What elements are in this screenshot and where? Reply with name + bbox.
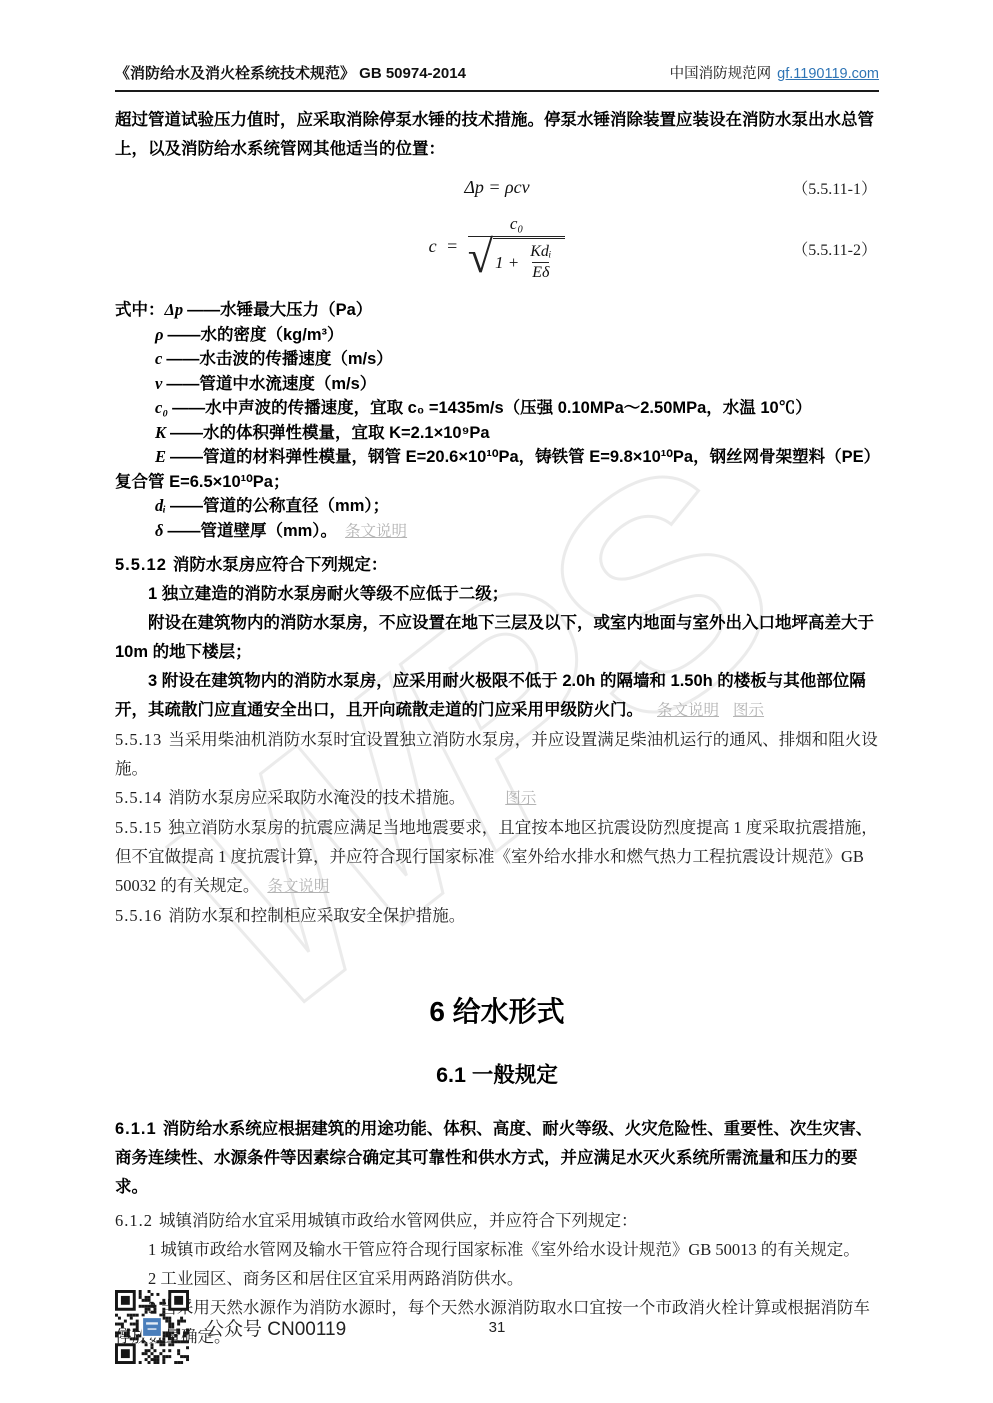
clause-5-5-13: 5.5.13当采用柴油机消防水泵时宜设置独立消防水泵房，并应设置满足柴油机运行的… — [115, 725, 879, 783]
formula-5-5-11-1-row: Δp = ρcv （5.5.11-1） — [115, 172, 879, 202]
definition-row: K——水的体积弹性模量，宜取 K=2.1×10⁹Pa — [115, 421, 879, 446]
definition-row: c——水击波的传播速度（m/s） — [115, 347, 879, 372]
equation-label-1: （5.5.11-1） — [792, 176, 877, 199]
formula-lhs: c — [429, 236, 437, 256]
clause-6-1-2-item-2: 2 工业园区、商务区和居住区宜采用两路消防供水。 — [115, 1264, 879, 1293]
site-info: 中国消防规范网gf.1190119.com — [670, 62, 879, 83]
radical-sign: √ — [468, 238, 493, 276]
document-content: 《消防给水及消火栓系统技术规范》 GB 50974-2014 中国消防规范网gf… — [115, 62, 879, 1351]
clause-6-1-2: 6.1.2城镇消防给水宜采用城镇市政给水管网供应，并应符合下列规定： — [115, 1206, 879, 1235]
tiaowen-shuoming-link[interactable]: 条文说明 — [657, 702, 719, 719]
page-header: 《消防给水及消火栓系统技术规范》 GB 50974-2014 中国消防规范网gf… — [115, 62, 879, 92]
chapter-title: 6 给水形式 — [115, 990, 879, 1030]
definition-row: v——管道中水流速度（m/s） — [115, 372, 879, 397]
equation-label-2: （5.5.11-2） — [792, 237, 877, 260]
tiaowen-shuoming-link[interactable]: 条文说明 — [267, 878, 329, 895]
clause-5-5-12-item-3: 3 附设在建筑物内的消防水泵房，应采用耐火极限不低于 2.0h 的隔墙和 1.5… — [115, 667, 879, 725]
definition-row: 式中：Δp——水锤最大压力（Pa） — [115, 298, 879, 323]
inner-fraction: Kdᵢ Eδ — [526, 243, 555, 282]
fraction-numerator: c₀ — [500, 214, 533, 236]
inner-denominator: Eδ — [532, 262, 549, 282]
symbol-definitions: 式中：Δp——水锤最大压力（Pa） ρ——水的密度（kg/m³） c——水击波的… — [115, 298, 879, 544]
radicand-prefix: 1 + — [495, 253, 519, 273]
clause-5-5-14: 5.5.14消防水泵房应采取防水淹没的技术措施。图示 — [115, 783, 879, 813]
page-footer: 31 公众号 CN00119 — [115, 1290, 879, 1364]
site-name: 中国消防规范网 — [670, 66, 772, 82]
clause-5-5-12: 5.5.12消防水泵房应符合下列规定： — [115, 551, 879, 580]
section-title: 6.1 一般规定 — [115, 1058, 879, 1089]
equals-sign: = — [441, 236, 463, 256]
clause-5-5-12-item-1: 1 独立建造的消防水泵房耐火等级不应低于二级； — [115, 580, 879, 609]
definition-row: dᵢ——管道的公称直径（mm）； — [115, 494, 879, 519]
square-root: √ 1 + Kdᵢ Eδ — [468, 238, 566, 282]
clause-5-5-12-item-2: 附设在建筑物内的消防水泵房，不应设置在地下三层及以下，或室内地面与室外出入口地坪… — [115, 609, 879, 667]
definition-row: c₀——水中声波的传播速度，宜取 c₀ =1435m/s（压强 0.10MPa～… — [115, 396, 879, 421]
definition-row: δ——管道壁厚（mm）。条文说明 — [115, 519, 879, 545]
definition-row: ρ——水的密度（kg/m³） — [115, 323, 879, 348]
clause-5-5-15: 5.5.15独立消防水泵房的抗震应满足当地地震要求，且宜按本地区抗震设防烈度提高… — [115, 813, 879, 901]
main-fraction: c₀ √ 1 + Kdᵢ Eδ — [468, 214, 566, 282]
site-url-link[interactable]: gf.1190119.com — [777, 66, 879, 82]
fraction-denominator: √ 1 + Kdᵢ Eδ — [468, 236, 566, 282]
tiaowen-shuoming-link[interactable]: 条文说明 — [345, 523, 407, 540]
clause-6-1-2-item-1: 1 城镇市政给水管网及输水干管应符合现行国家标准《室外给水设计规范》GB 500… — [115, 1235, 879, 1264]
definition-row: E——管道的材料弹性模量，钢管 E=20.6×10¹⁰Pa，铸铁管 E=9.8×… — [115, 445, 879, 494]
inner-numerator: Kdᵢ — [526, 243, 555, 262]
clause-5-5-16: 5.5.16消防水泵和控制柜应采取安全保护措施。 — [115, 901, 879, 930]
clause-5-5-11-intro: 超过管道试验压力值时，应采取消除停泵水锤的技术措施。停泵水锤消除装置应装设在消防… — [115, 106, 879, 164]
formula-wave-speed: c = c₀ √ 1 + Kdᵢ Eδ — [429, 214, 566, 282]
tushi-link[interactable]: 图示 — [733, 702, 764, 719]
page-number: 31 — [115, 1319, 879, 1336]
clause-6-1-1: 6.1.1消防给水系统应根据建筑的用途功能、体积、高度、耐火等级、火灾危险性、重… — [115, 1115, 879, 1202]
radicand: 1 + Kdᵢ Eδ — [493, 238, 565, 282]
formula-5-5-11-2-row: c = c₀ √ 1 + Kdᵢ Eδ — [115, 206, 879, 290]
formula-water-hammer: Δp = ρcv — [464, 177, 529, 198]
where-label: 式中： — [115, 301, 165, 319]
standard-title: 《消防给水及消火栓系统技术规范》 GB 50974-2014 — [115, 62, 466, 83]
tushi-link[interactable]: 图示 — [505, 790, 536, 807]
